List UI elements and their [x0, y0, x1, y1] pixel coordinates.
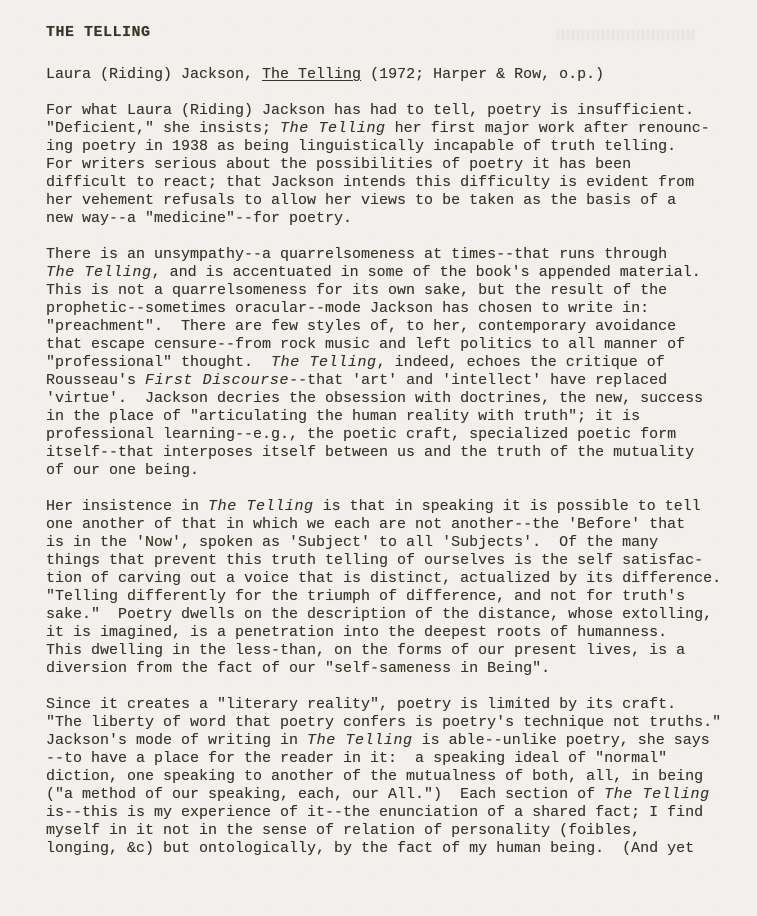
text-line: Her insistence in The Telling is that in… [46, 498, 747, 516]
text-segment: The Telling [604, 786, 710, 803]
text-segment: There is an unsympathy--a quarrelsomenes… [46, 246, 667, 263]
text-line: Since it creates a "literary reality", p… [46, 696, 747, 714]
text-line: diversion from the fact of our "self-sam… [46, 660, 747, 678]
text-segment: diction, one speaking to another of the … [46, 768, 703, 785]
text-line: For what Laura (Riding) Jackson has had … [46, 102, 747, 120]
text-segment: itself--that interposes itself between u… [46, 444, 694, 461]
text-segment: ing poetry in 1938 as being linguistical… [46, 138, 676, 155]
text-segment: --to have a place for the reader in it: … [46, 750, 667, 767]
text-line: difficult to react; that Jackson intends… [46, 174, 747, 192]
text-segment: "preachment". There are few styles of, t… [46, 318, 676, 335]
text-segment: difficult to react; that Jackson intends… [46, 174, 694, 191]
text-line: Rousseau's First Discourse--that 'art' a… [46, 372, 747, 390]
text-segment: new way--a "medicine"--for poetry. [46, 210, 352, 227]
text-segment: Rousseau's [46, 372, 145, 389]
text-segment: her first major work after renounc- [386, 120, 710, 137]
text-line: diction, one speaking to another of the … [46, 768, 747, 786]
text-segment: sake." Poetry dwells on the description … [46, 606, 712, 623]
text-line: myself in it not in the sense of relatio… [46, 822, 747, 840]
text-segment: is that in speaking it is possible to te… [314, 498, 701, 515]
text-segment: "professional" thought. [46, 354, 271, 371]
text-segment: of our one being. [46, 462, 199, 479]
text-segment: it is imagined, is a penetration into th… [46, 624, 667, 641]
text-segment: "The liberty of word that poetry confers… [46, 714, 721, 731]
text-line: For writers serious about the possibilit… [46, 156, 747, 174]
paragraph: Since it creates a "literary reality", p… [46, 696, 747, 858]
text-segment: diversion from the fact of our "self-sam… [46, 660, 550, 677]
text-segment: prophetic--sometimes oracular--mode Jack… [46, 300, 649, 317]
text-line: Jackson's mode of writing in The Telling… [46, 732, 747, 750]
text-segment: , and is accentuated in some of the book… [152, 264, 701, 281]
text-line: "professional" thought. The Telling, ind… [46, 354, 747, 372]
text-line: professional learning--e.g., the poetic … [46, 426, 747, 444]
paragraph: There is an unsympathy--a quarrelsomenes… [46, 246, 747, 480]
text-segment: 'virtue'. Jackson decries the obsession … [46, 390, 703, 407]
text-segment: Laura (Riding) Jackson, [46, 66, 262, 83]
text-line: tion of carving out a voice that is dist… [46, 570, 747, 588]
text-line: "The liberty of word that poetry confers… [46, 714, 747, 732]
text-segment: her vehement refusals to allow her views… [46, 192, 676, 209]
text-line: --to have a place for the reader in it: … [46, 750, 747, 768]
text-segment: tion of carving out a voice that is dist… [46, 570, 721, 587]
text-segment: "Deficient," she insists; [46, 120, 280, 137]
text-line: itself--that interposes itself between u… [46, 444, 747, 462]
text-segment: For what Laura (Riding) Jackson has had … [46, 102, 694, 119]
text-line: ing poetry in 1938 as being linguistical… [46, 138, 747, 156]
text-segment: ("a method of our speaking, each, our Al… [46, 786, 604, 803]
text-line: The Telling, and is accentuated in some … [46, 264, 747, 282]
byline: Laura (Riding) Jackson, The Telling (197… [46, 66, 747, 84]
text-segment: This dwelling in the less-than, on the f… [46, 642, 685, 659]
text-line: in the place of "articulating the human … [46, 408, 747, 426]
text-line: There is an unsympathy--a quarrelsomenes… [46, 246, 747, 264]
text-line: of our one being. [46, 462, 747, 480]
text-segment: Her insistence in [46, 498, 208, 515]
text-segment: , indeed, echoes the critique of [377, 354, 665, 371]
text-segment: The Telling [262, 66, 361, 83]
text-segment: (1972; Harper & Row, o.p.) [361, 66, 604, 83]
text-line: ("a method of our speaking, each, our Al… [46, 786, 747, 804]
text-segment: one another of that in which we each are… [46, 516, 685, 533]
text-line: "preachment". There are few styles of, t… [46, 318, 747, 336]
text-segment: things that prevent this truth telling o… [46, 552, 703, 569]
text-segment: Since it creates a "literary reality", p… [46, 696, 676, 713]
text-line: that escape censure--from rock music and… [46, 336, 747, 354]
text-segment: The Telling [307, 732, 413, 749]
text-line: her vehement refusals to allow her views… [46, 192, 747, 210]
text-segment: For writers serious about the possibilit… [46, 156, 631, 173]
document-body: For what Laura (Riding) Jackson has had … [46, 102, 747, 858]
text-segment: This is not a quarrelsomeness for its ow… [46, 282, 667, 299]
text-line: one another of that in which we each are… [46, 516, 747, 534]
text-line: things that prevent this truth telling o… [46, 552, 747, 570]
text-segment: The Telling [46, 264, 152, 281]
text-line: longing, &c) but ontologically, by the f… [46, 840, 747, 858]
text-segment: longing, &c) but ontologically, by the f… [46, 840, 694, 857]
text-segment: First Discourse [145, 372, 289, 389]
text-line: prophetic--sometimes oracular--mode Jack… [46, 300, 747, 318]
text-line: This is not a quarrelsomeness for its ow… [46, 282, 747, 300]
text-segment: is in the 'Now', spoken as 'Subject' to … [46, 534, 658, 551]
paragraph: Her insistence in The Telling is that in… [46, 498, 747, 678]
page-title: THE TELLING [46, 24, 747, 42]
text-segment: is able--unlike poetry, she says [413, 732, 710, 749]
text-segment: --that 'art' and 'intellect' have replac… [289, 372, 667, 389]
text-segment: Jackson's mode of writing in [46, 732, 307, 749]
text-line: is in the 'Now', spoken as 'Subject' to … [46, 534, 747, 552]
text-segment: The Telling [280, 120, 386, 137]
text-line: new way--a "medicine"--for poetry. [46, 210, 747, 228]
text-segment: is--this is my experience of it--the enu… [46, 804, 703, 821]
text-line: sake." Poetry dwells on the description … [46, 606, 747, 624]
document-page: THE TELLING Laura (Riding) Jackson, The … [0, 0, 757, 858]
text-line: 'virtue'. Jackson decries the obsession … [46, 390, 747, 408]
text-segment: that escape censure--from rock music and… [46, 336, 685, 353]
text-line: it is imagined, is a penetration into th… [46, 624, 747, 642]
text-line: "Telling differently for the triumph of … [46, 588, 747, 606]
text-segment: in the place of "articulating the human … [46, 408, 640, 425]
text-line: "Deficient," she insists; The Telling he… [46, 120, 747, 138]
text-segment: professional learning--e.g., the poetic … [46, 426, 676, 443]
text-segment: myself in it not in the sense of relatio… [46, 822, 640, 839]
text-line: This dwelling in the less-than, on the f… [46, 642, 747, 660]
text-segment: "Telling differently for the triumph of … [46, 588, 685, 605]
text-segment: The Telling [271, 354, 377, 371]
text-segment: The Telling [208, 498, 314, 515]
paragraph: For what Laura (Riding) Jackson has had … [46, 102, 747, 228]
text-line: is--this is my experience of it--the enu… [46, 804, 747, 822]
